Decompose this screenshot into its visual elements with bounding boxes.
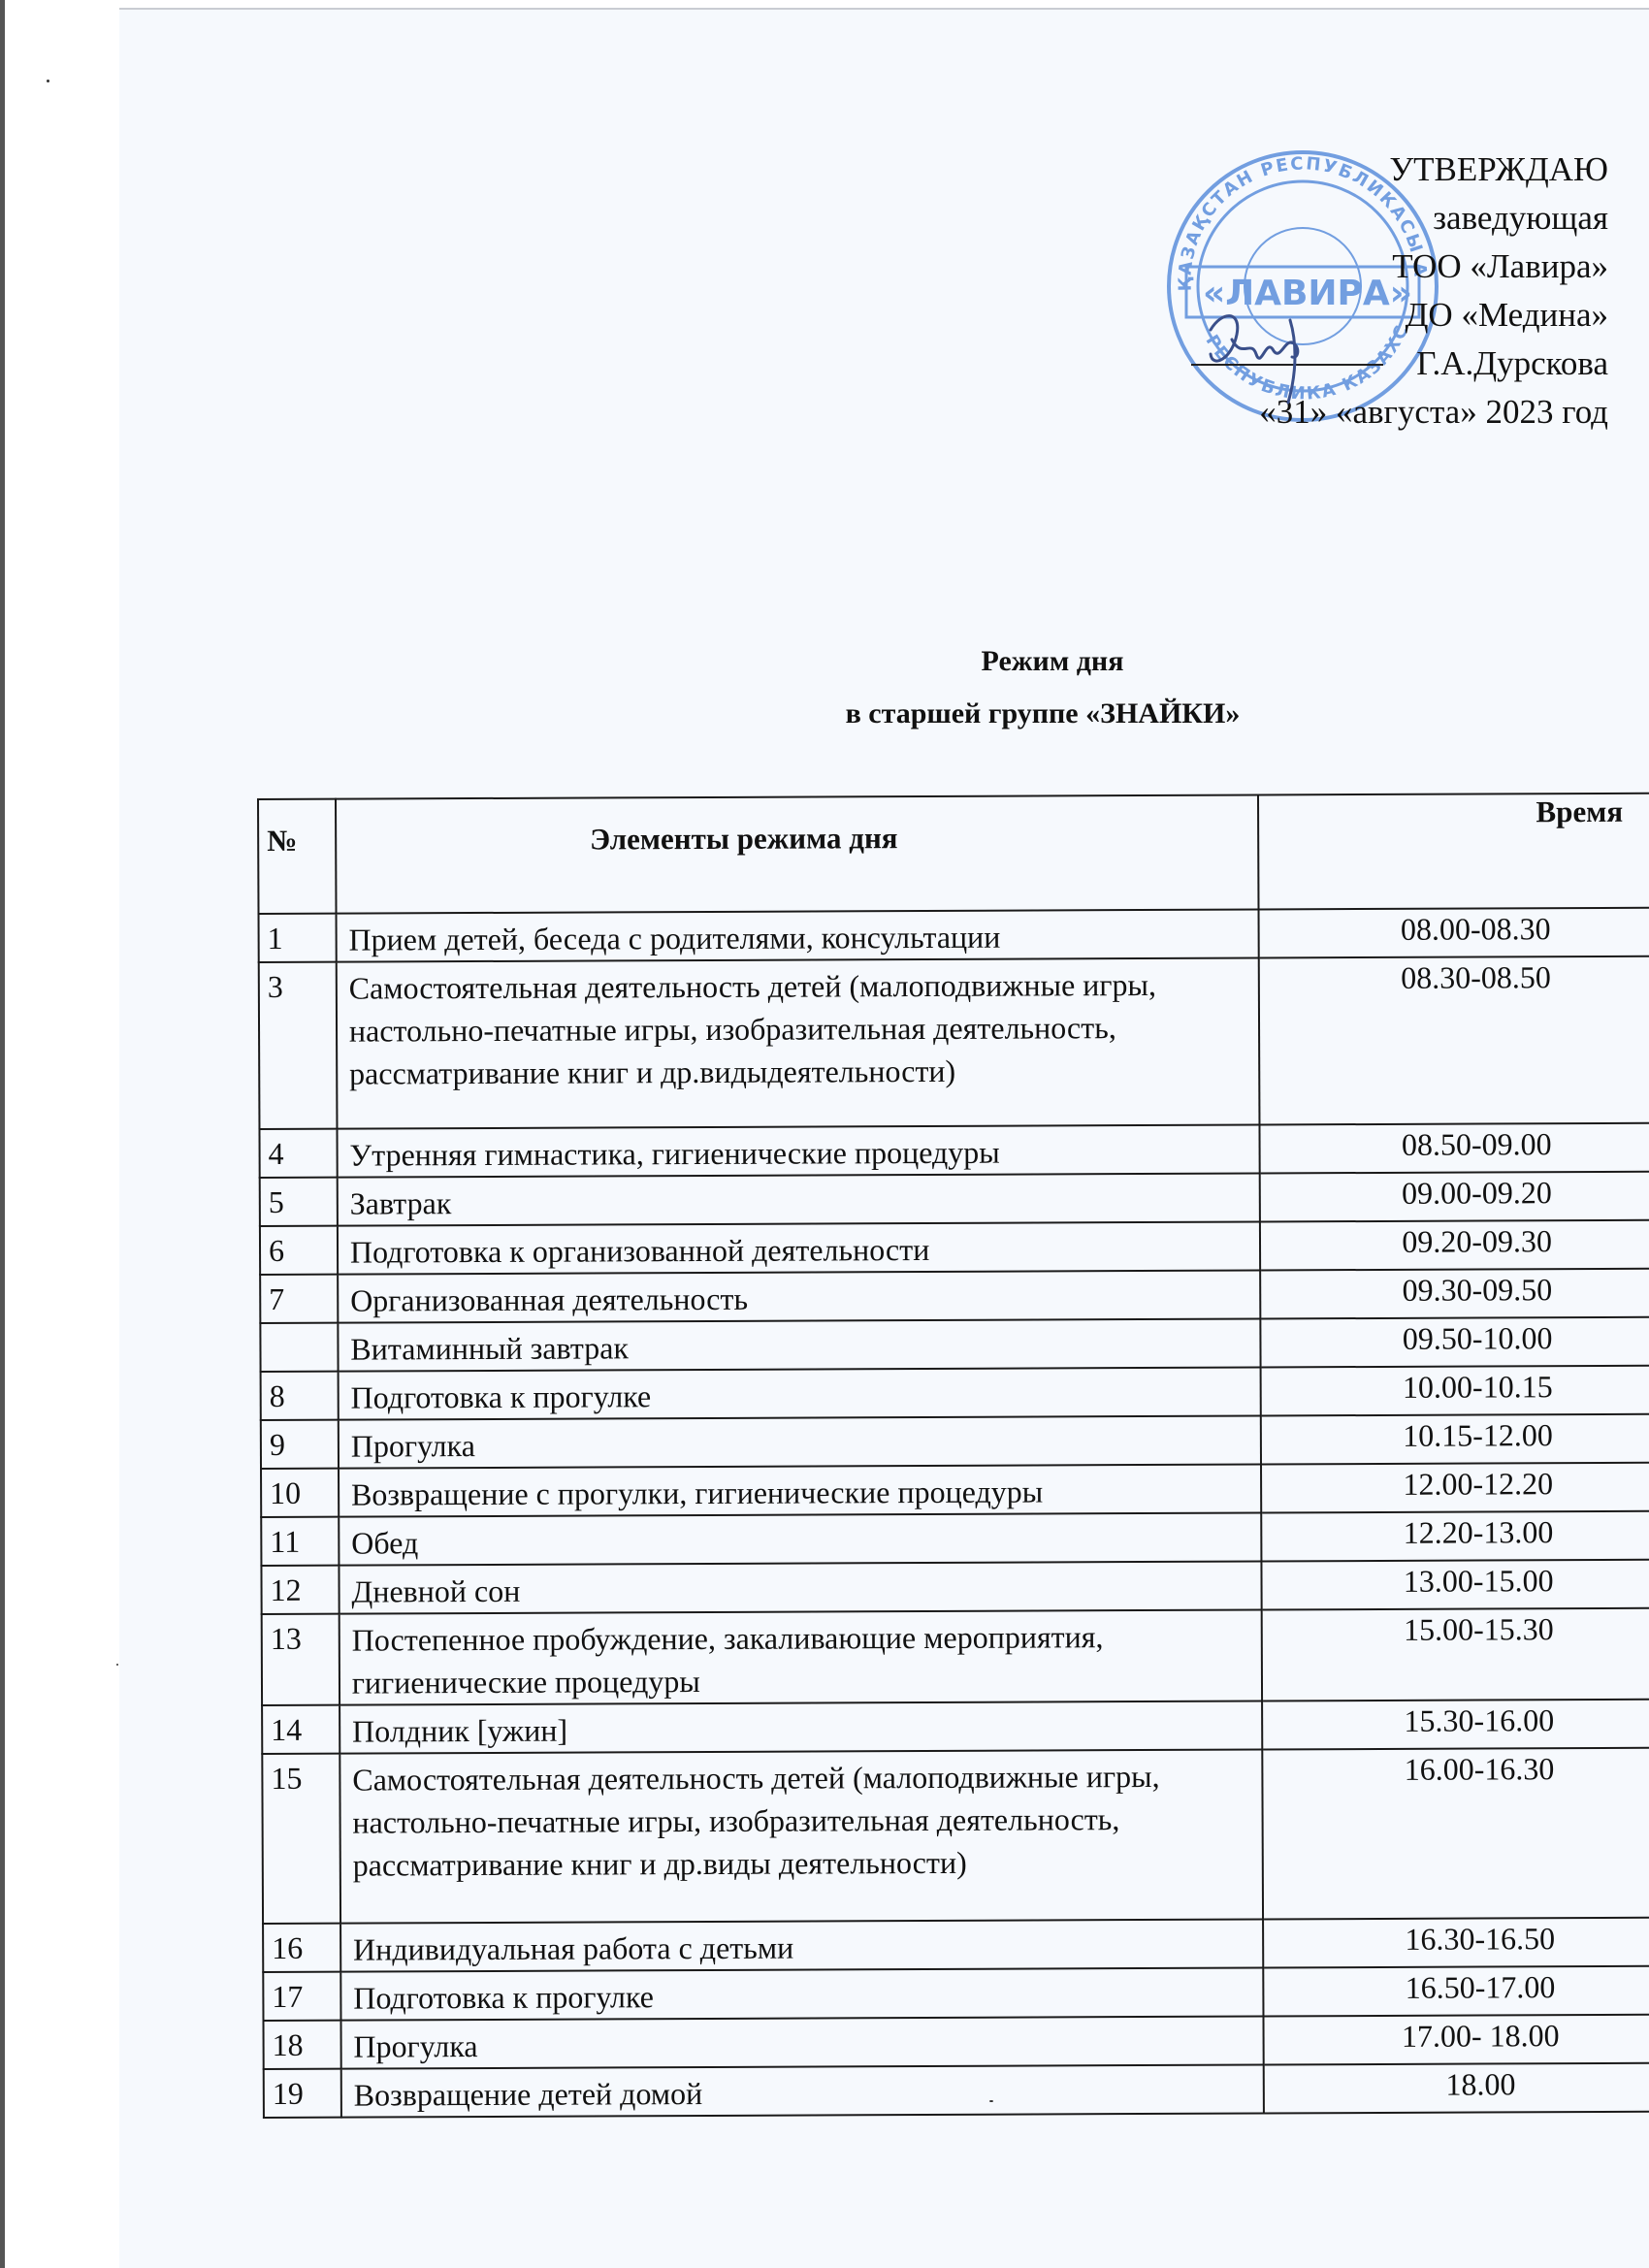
row-element: Подготовка к прогулке [338,1367,1261,1419]
table-row: 19Возвращение детей домой18.00 [264,2063,1649,2118]
row-time: 10.00-10.15 [1261,1366,1649,1416]
row-element: Дневной сон [339,1561,1262,1613]
row-number: 16 [263,1924,340,1972]
row-time: 09.20-09.30 [1260,1220,1649,1271]
row-element: Завтрак [338,1173,1261,1225]
row-time: 15.00-15.30 [1262,1608,1649,1701]
row-time: 09.50-10.00 [1261,1317,1649,1368]
table-row: 8Подготовка к прогулке10.00-10.15 [261,1366,1649,1420]
row-element: Возвращение с прогулки, гигиенические пр… [339,1464,1262,1516]
signature-icon [1203,301,1329,407]
table-row: 17Подготовка к прогулке16.50-17.00 [263,1966,1649,2021]
row-element: Прогулка [339,1415,1262,1468]
table-row: 5Завтрак09.00-09.20 [260,1172,1649,1226]
row-element: Подготовка к организованной деятельности [338,1221,1261,1274]
table-row: 10Возвращение с прогулки, гигиенические … [261,1463,1649,1517]
row-time: 15.30-16.00 [1262,1700,1649,1750]
table-row: 3Самостоятельная деятельность детей (мал… [259,956,1649,1129]
row-number: 3 [259,962,338,1129]
title-line-1: Режим дня [0,640,1649,683]
table-header-row: № Элементы режима дня Время [258,794,1649,914]
row-time: 13.00-15.00 [1262,1560,1649,1610]
document-title: Режим дня в старшей группе «ЗНАЙКИ» [0,640,1649,735]
title-line-2: в старшей группе «ЗНАЙКИ» [0,693,1649,735]
table-row: 1Прием детей, беседа с родителями, консу… [259,908,1649,962]
approval-heading: УТВЕРЖДАЮ [1026,146,1608,194]
daily-schedule-table: № Элементы режима дня Время 1Прием детей… [257,793,1649,2119]
row-time: 12.00-12.20 [1261,1463,1649,1513]
row-number: 19 [264,2069,341,2118]
row-element: Индивидуальная работа с детьми [340,1919,1264,1971]
table-row: 13 Постепенное пробуждение, закаливающие… [262,1608,1649,1705]
row-number: 11 [261,1517,339,1566]
row-number: 14 [262,1705,339,1754]
row-time: 09.00-09.20 [1260,1172,1649,1222]
row-number: 5 [260,1178,338,1226]
row-element: Обед [339,1512,1262,1565]
table-row: Витаминный завтрак09.50-10.00 [260,1317,1649,1372]
row-element: Организованная деятельность [338,1270,1261,1322]
approval-organization: ТОО «Лавира» [1026,243,1608,291]
table-row: 15Самостоятельная деятельность детей (ма… [262,1748,1649,1924]
row-number: 12 [261,1566,339,1614]
row-time: 18.00 [1264,2063,1649,2114]
table-row: 9Прогулка10.15-12.00 [261,1414,1649,1469]
row-element: Самостоятельная деятельность детей (мало… [339,1749,1263,1923]
scan-speck [47,80,49,82]
row-element: Постепенное пробуждение, закаливающие ме… [339,1609,1263,1704]
row-number: 15 [262,1754,340,1924]
row-time: 12.20-13.00 [1262,1511,1649,1562]
scan-edge [0,0,5,2268]
table-row: 16Индивидуальная работа с детьми16.30-16… [263,1918,1649,1972]
table-row: 18Прогулка17.00- 18.00 [263,2015,1649,2069]
row-time: 16.00-16.30 [1263,1748,1649,1920]
row-element: Прием детей, беседа с родителями, консул… [336,909,1259,961]
row-time: 10.15-12.00 [1261,1414,1649,1465]
table-row: 7Организованная деятельность09.30-09.50 [260,1269,1649,1323]
row-element: Витаминный завтрак [338,1318,1261,1371]
row-number: 4 [259,1129,337,1178]
table-row: 4 Утренняя гимнастика, гигиенические про… [259,1123,1649,1178]
row-number: 9 [261,1420,339,1469]
row-element: Подготовка к прогулке [340,1967,1264,2020]
row-time: 09.30-09.50 [1260,1269,1649,1319]
scan-speck [116,1664,118,1666]
row-element: Самостоятельная деятельность детей (мало… [337,957,1260,1128]
row-number: 10 [261,1469,339,1517]
row-element: Возвращение детей домой [341,2064,1265,2117]
header-element: Элементы режима дня [336,794,1259,913]
row-time: 16.30-16.50 [1263,1918,1649,1968]
approval-position: заведующая [1026,194,1608,243]
row-number: 1 [259,914,337,962]
row-number [260,1323,338,1372]
row-time: 17.00- 18.00 [1264,2015,1649,2065]
row-number: 7 [260,1275,338,1323]
row-time: 08.30-08.50 [1259,956,1649,1125]
table-row: 11Обед12.20-13.00 [261,1511,1649,1566]
row-time: 08.00-08.30 [1259,908,1649,958]
row-number: 17 [263,1972,340,2021]
row-number: 18 [263,2021,340,2069]
row-number: 8 [261,1372,339,1420]
row-number: 13 [262,1614,339,1705]
table-row: 6Подготовка к организованной деятельност… [260,1220,1649,1275]
row-element: Прогулка [340,2016,1264,2068]
row-number: 6 [260,1226,338,1275]
row-time: 16.50-17.00 [1264,1966,1649,2017]
header-number: № [258,799,336,914]
row-time: 08.50-09.00 [1260,1123,1649,1174]
row-element: Полдник [ужин] [339,1701,1263,1753]
header-time: Время [1258,794,1649,910]
row-element: Утренняя гимнастика, гигиенические проце… [337,1124,1260,1177]
table-row: 12Дневной сон13.00-15.00 [261,1560,1649,1614]
table-row: 14Полдник [ужин]15.30-16.00 [262,1700,1649,1754]
